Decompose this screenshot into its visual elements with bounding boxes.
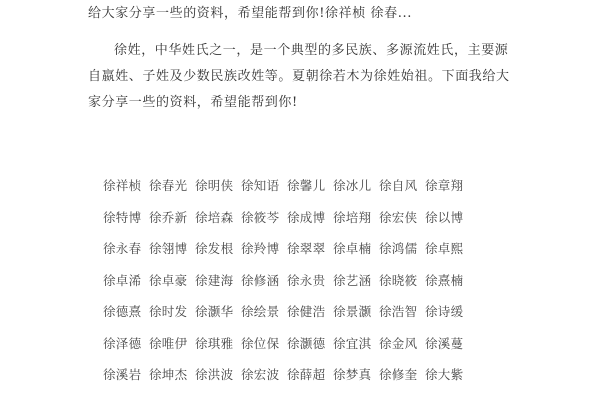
surname-description-paragraph: 徐姓，中华姓氏之一，是一个典型的多民族、多源流姓氏，主要源自嬴姓、子姓及少数民族… bbox=[88, 38, 518, 116]
name-item: 徐灏德 bbox=[287, 334, 333, 366]
name-item: 徐浩智 bbox=[379, 302, 425, 334]
name-item: 徐知语 bbox=[241, 176, 287, 208]
name-item: 徐章翔 bbox=[425, 176, 471, 208]
name-item: 徐宏波 bbox=[241, 365, 287, 397]
name-item: 徐翠翠 bbox=[287, 239, 333, 271]
name-item: 徐鸿儒 bbox=[379, 239, 425, 271]
document-page: 给大家分享一些的资料，希望能帮到你!徐祥桢 徐春... 徐姓，中华姓氏之一，是一… bbox=[0, 0, 600, 400]
name-item: 徐大紫 bbox=[425, 365, 471, 397]
name-item: 徐溪岩 bbox=[103, 365, 149, 397]
name-item: 徐特博 bbox=[103, 208, 149, 240]
name-item: 徐卓楠 bbox=[333, 239, 379, 271]
name-item: 徐卓豪 bbox=[149, 271, 195, 303]
name-item: 徐发根 bbox=[195, 239, 241, 271]
name-item: 徐时发 bbox=[149, 302, 195, 334]
name-item: 徐卓浠 bbox=[103, 271, 149, 303]
name-item: 徐培翔 bbox=[333, 208, 379, 240]
name-item: 徐坤杰 bbox=[149, 365, 195, 397]
name-item: 徐位保 bbox=[241, 334, 287, 366]
name-item: 徐明侠 bbox=[195, 176, 241, 208]
name-item: 徐宜淇 bbox=[333, 334, 379, 366]
name-item: 徐培森 bbox=[195, 208, 241, 240]
name-item: 徐宏侠 bbox=[379, 208, 425, 240]
name-item: 徐熹楠 bbox=[425, 271, 471, 303]
name-item: 徐冰儿 bbox=[333, 176, 379, 208]
names-list: 徐祥桢徐春光徐明侠徐知语徐馨儿徐冰儿徐自风徐章翔徐特博徐乔新徐培森徐筱芩徐成博徐… bbox=[103, 176, 471, 397]
name-item: 徐羚博 bbox=[241, 239, 287, 271]
name-item: 徐建海 bbox=[195, 271, 241, 303]
name-item: 徐翎博 bbox=[149, 239, 195, 271]
name-item: 徐祥桢 bbox=[103, 176, 149, 208]
name-item: 徐灏华 bbox=[195, 302, 241, 334]
name-item: 徐馨儿 bbox=[287, 176, 333, 208]
name-item: 徐泽德 bbox=[103, 334, 149, 366]
name-item: 徐以博 bbox=[425, 208, 471, 240]
name-item: 徐永春 bbox=[103, 239, 149, 271]
name-item: 徐修涵 bbox=[241, 271, 287, 303]
name-item: 徐永贵 bbox=[287, 271, 333, 303]
name-item: 徐琪雅 bbox=[195, 334, 241, 366]
name-item: 徐薛超 bbox=[287, 365, 333, 397]
name-item: 徐健浩 bbox=[287, 302, 333, 334]
name-item: 徐自风 bbox=[379, 176, 425, 208]
name-item: 徐景灏 bbox=[333, 302, 379, 334]
name-item: 徐诗缓 bbox=[425, 302, 471, 334]
name-item: 徐金风 bbox=[379, 334, 425, 366]
name-item: 徐卓熙 bbox=[425, 239, 471, 271]
name-item: 徐洪波 bbox=[195, 365, 241, 397]
name-item: 徐唯伊 bbox=[149, 334, 195, 366]
name-item: 徐晓筱 bbox=[379, 271, 425, 303]
name-item: 徐溪蔓 bbox=[425, 334, 471, 366]
intro-text: 给大家分享一些的资料，希望能帮到你!徐祥桢 徐春... bbox=[88, 5, 412, 23]
name-item: 徐修奎 bbox=[379, 365, 425, 397]
name-item: 徐绘景 bbox=[241, 302, 287, 334]
name-item: 徐梦真 bbox=[333, 365, 379, 397]
name-item: 徐德熹 bbox=[103, 302, 149, 334]
name-item: 徐乔新 bbox=[149, 208, 195, 240]
name-item: 徐成博 bbox=[287, 208, 333, 240]
name-item: 徐筱芩 bbox=[241, 208, 287, 240]
name-item: 徐艺涵 bbox=[333, 271, 379, 303]
name-item: 徐春光 bbox=[149, 176, 195, 208]
